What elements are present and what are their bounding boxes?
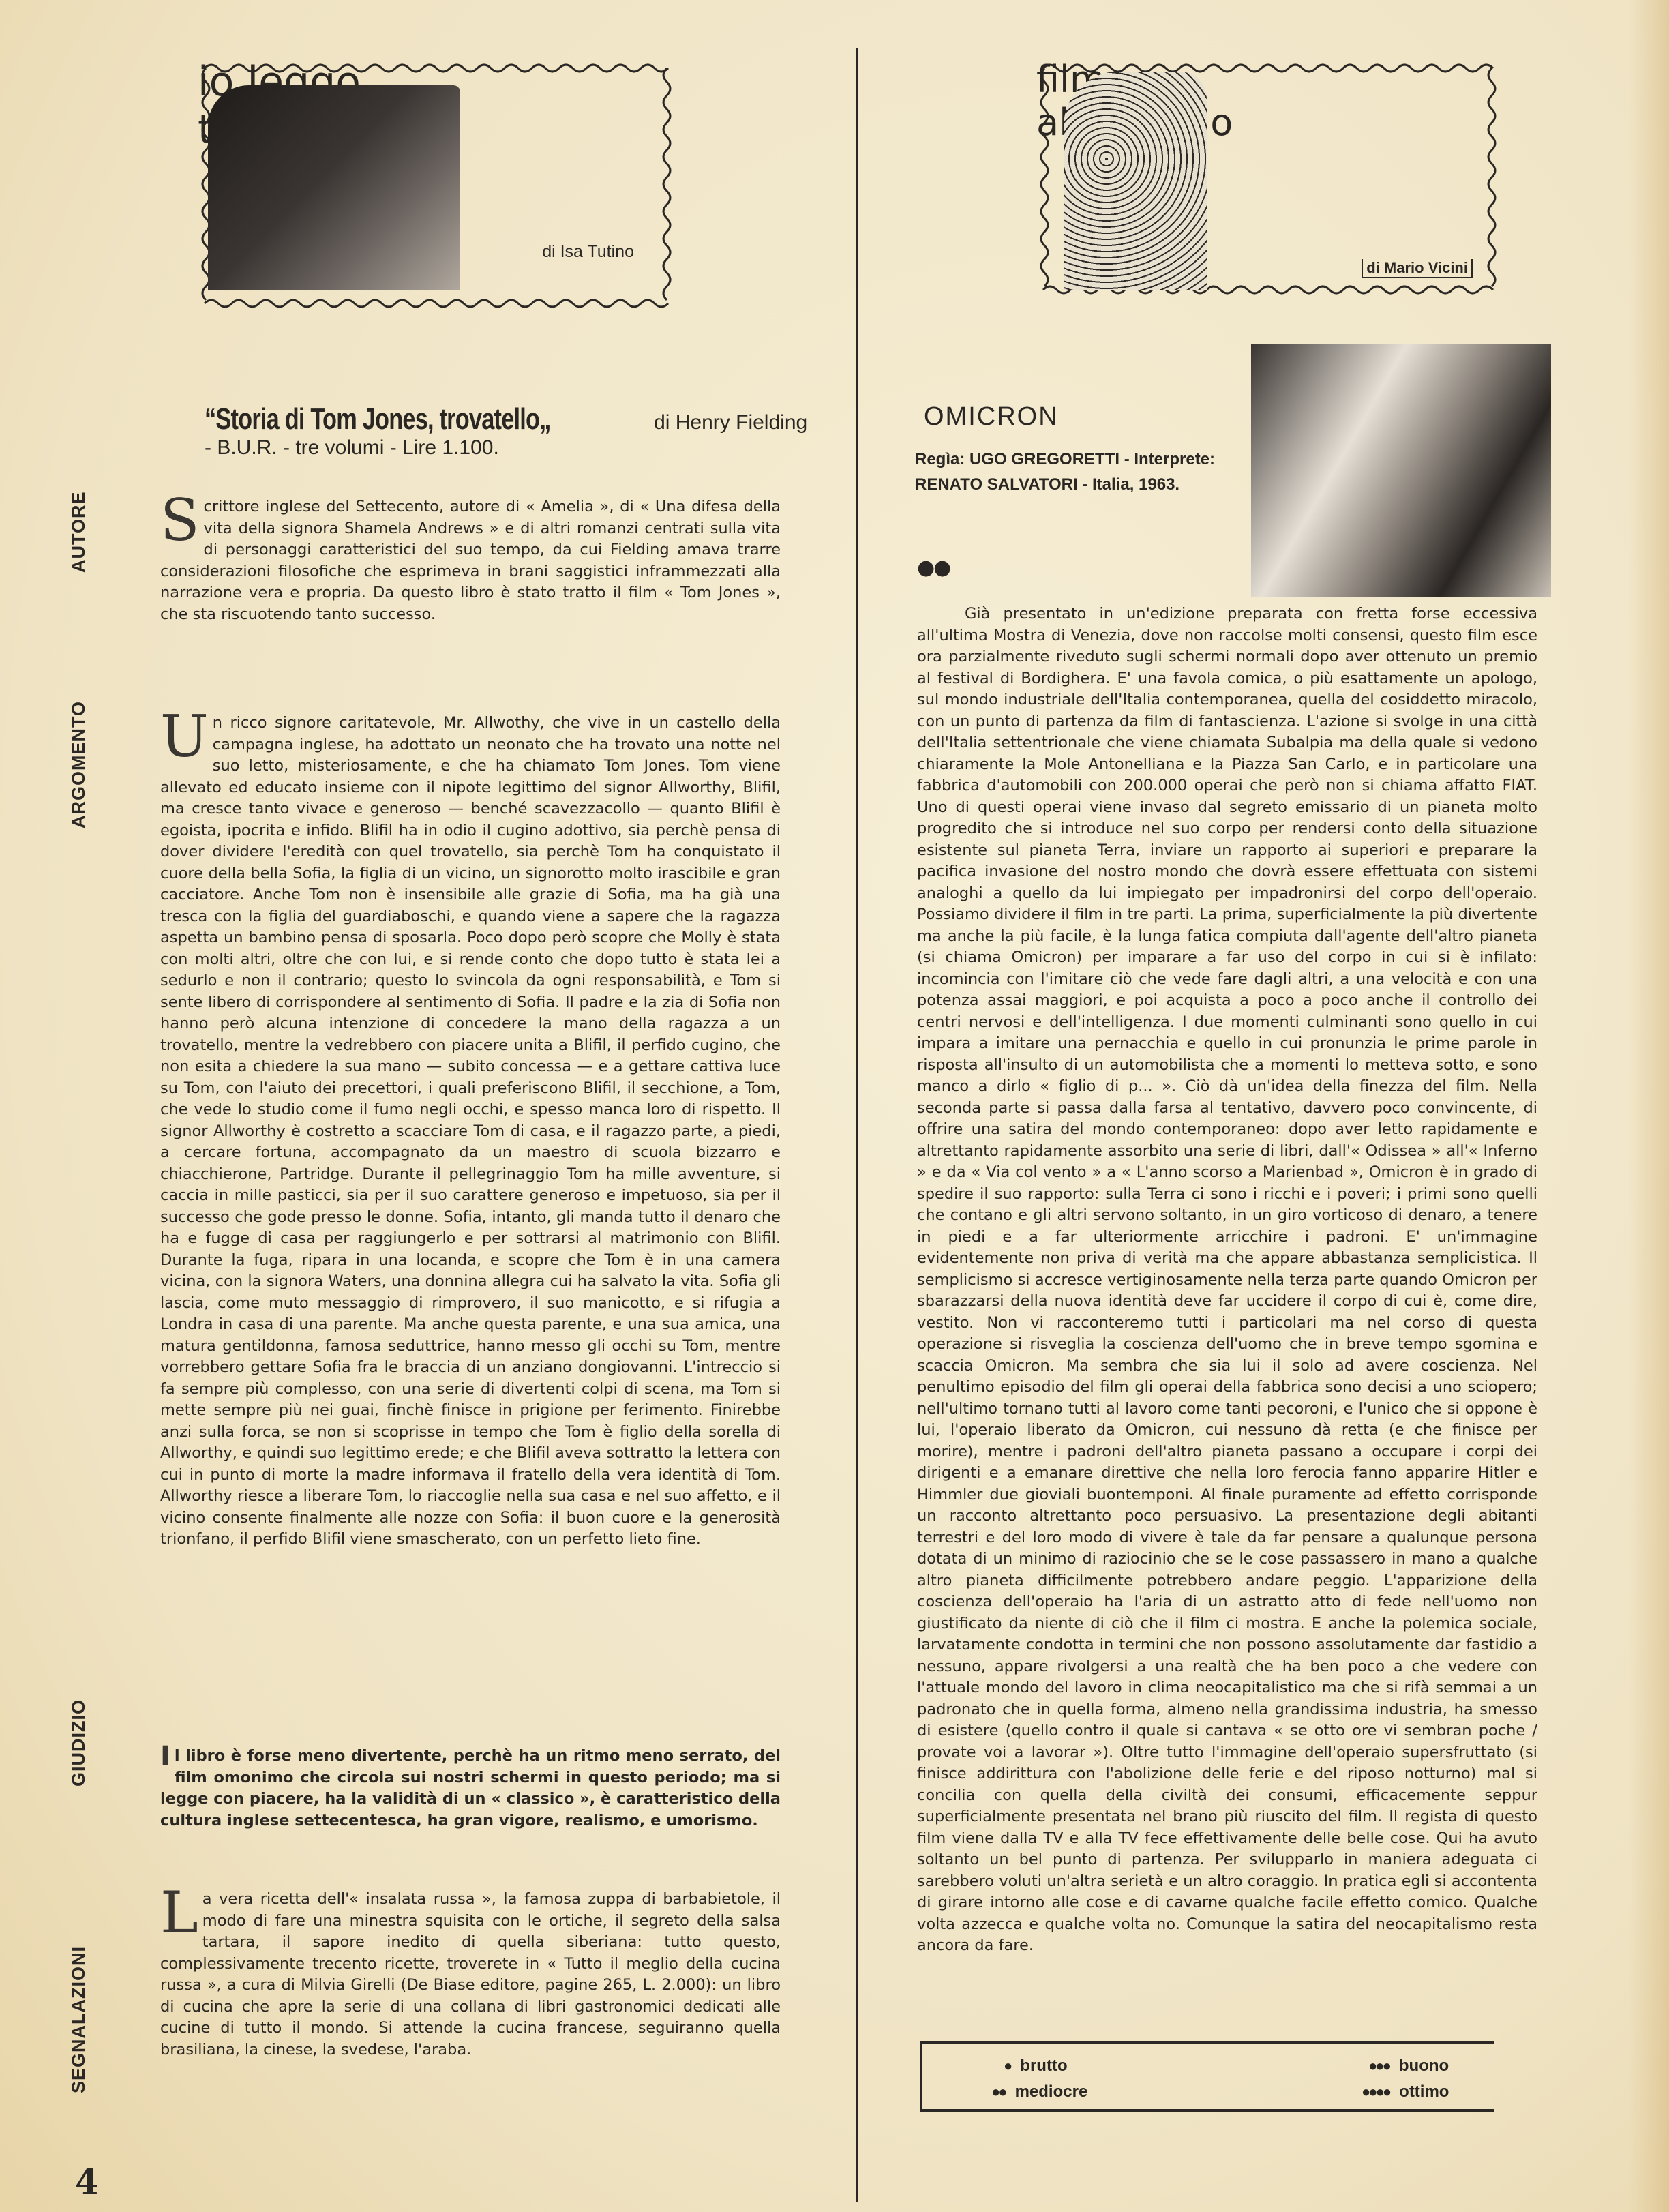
rating-legend: ● brutto ●● mediocre ●●● buono ●●●● otti… xyxy=(920,2041,1494,2112)
legend-mediocre: ●● mediocre xyxy=(991,2082,1087,2102)
dot-icon: ●● xyxy=(991,2083,1006,2101)
book-title: “Storia di Tom Jones, trovatello„ xyxy=(205,402,551,436)
book-heading: “Storia di Tom Jones, trovatello„ di Hen… xyxy=(205,402,818,460)
legend-brutto: ● brutto xyxy=(1004,2057,1068,2076)
dot-icon: ●●●● xyxy=(1362,2083,1389,2101)
film-al-setaccio-header: film al setaccio di Mario Vicini xyxy=(1036,58,1500,300)
film-title: OMICRON xyxy=(924,402,1059,432)
byline-isa-tutino: di Isa Tutino xyxy=(542,242,634,262)
drop-cap: S xyxy=(160,496,200,544)
drop-cap: L xyxy=(160,1889,198,1937)
section-label-argomento: ARGOMENTO xyxy=(68,701,89,828)
segnalazioni-paragraph: L a vera ricetta dell'« insalata russa »… xyxy=(160,1889,781,2061)
legend-buono: ●●● buono xyxy=(1368,2057,1449,2076)
drop-cap: I xyxy=(160,1746,170,1767)
film-credits: Regìa: UGO GREGORETTI - Interprete: RENA… xyxy=(915,447,1256,497)
dot-icon: ● xyxy=(1004,2057,1010,2075)
page-number: 4 xyxy=(75,2162,99,2202)
byline-mario-vicini: di Mario Vicini xyxy=(1362,259,1473,278)
woman-holding-film-strip-photo xyxy=(1064,72,1207,290)
paper-edge-shading xyxy=(1628,0,1669,2212)
legend-ottimo: ●●●● ottimo xyxy=(1362,2082,1449,2102)
film-still-man-exhaling-photo xyxy=(1251,344,1551,597)
dot-icon: ●●● xyxy=(1368,2057,1389,2075)
film-review: Già presentato in un'edizione preparata … xyxy=(917,603,1537,1957)
io-leggo-header: io leggo tu leggi di Isa Tutino xyxy=(198,58,675,314)
section-label-autore: AUTORE xyxy=(68,491,89,573)
film-rating-dots: ●● xyxy=(917,556,950,580)
drop-cap: U xyxy=(160,713,209,760)
autore-paragraph: S crittore inglese del Settecento, autor… xyxy=(160,496,781,625)
column-divider xyxy=(856,48,858,2202)
argomento-paragraph: U n ricco signore caritatevole, Mr. Allw… xyxy=(160,713,781,1551)
giudizio-paragraph: I l libro è forse meno divertente, perch… xyxy=(160,1746,781,1832)
woman-reading-book-photo xyxy=(208,85,460,290)
section-label-giudizio: GIUDIZIO xyxy=(68,1699,89,1787)
section-label-segnalazioni: SEGNALAZIONI xyxy=(68,1946,89,2093)
magazine-page: io leggo tu leggi di Isa Tutino film al … xyxy=(0,0,1669,2212)
